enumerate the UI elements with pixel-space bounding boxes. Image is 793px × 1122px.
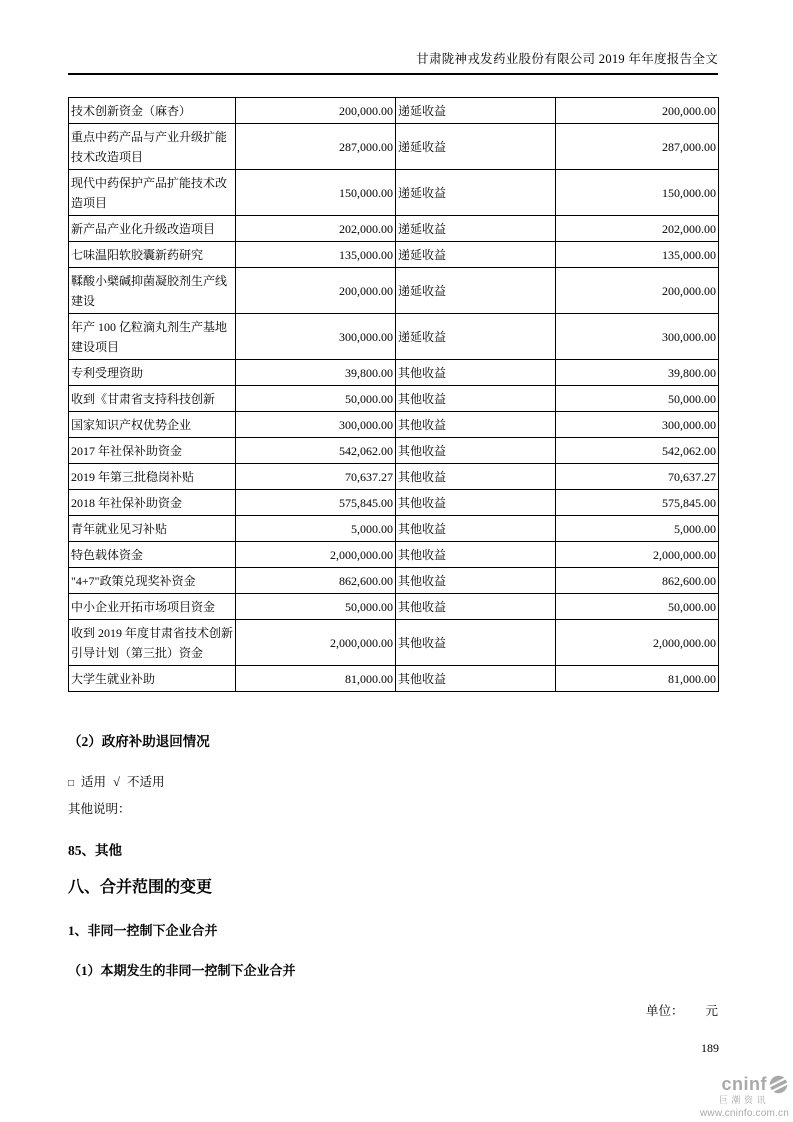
checkbox-icon: □ — [68, 778, 74, 789]
section-heading-other: 85、其他 — [68, 839, 122, 859]
table-row: 新产品产业化升级改造项目 202,000.00 递延收益 202,000.00 — [69, 216, 719, 242]
subsidy-item-cell: 收到 2019 年度甘肃省技术创新引导计划（第三批）资金 — [69, 620, 236, 666]
amount-in-profit-cell: 200,000.00 — [556, 98, 719, 124]
table-row: 专利受理资助 39,800.00 其他收益 39,800.00 — [69, 360, 719, 386]
amount-cell: 50,000.00 — [236, 594, 396, 620]
amount-in-profit-cell: 300,000.00 — [556, 412, 719, 438]
amount-cell: 287,000.00 — [236, 124, 396, 170]
category-cell: 递延收益 — [396, 124, 556, 170]
amount-cell: 200,000.00 — [236, 268, 396, 314]
amount-cell: 5,000.00 — [236, 516, 396, 542]
unit-value: 元 — [705, 1001, 718, 1019]
subsidy-item-cell: 技术创新资金（麻杏） — [69, 98, 236, 124]
subsidy-item-cell: 鞣酸小檗碱抑菌凝胶剂生产线建设 — [69, 268, 236, 314]
category-cell: 递延收益 — [396, 216, 556, 242]
amount-cell: 300,000.00 — [236, 314, 396, 360]
category-cell: 其他收益 — [396, 386, 556, 412]
applicable-label: 适用 — [81, 775, 106, 789]
report-page: 甘肃陇神戎发药业股份有限公司 2019 年年度报告全文 技术创新资金（麻杏） 2… — [0, 0, 793, 1122]
subsidy-item-cell: 国家知识产权优势企业 — [69, 412, 236, 438]
table-row: 青年就业见习补贴 5,000.00 其他收益 5,000.00 — [69, 516, 719, 542]
amount-cell: 150,000.00 — [236, 170, 396, 216]
category-cell: 其他收益 — [396, 594, 556, 620]
amount-in-profit-cell: 50,000.00 — [556, 386, 719, 412]
category-cell: 递延收益 — [396, 242, 556, 268]
unit-line: 单位： 元 — [646, 1001, 718, 1019]
category-cell: 其他收益 — [396, 438, 556, 464]
category-cell: 其他收益 — [396, 464, 556, 490]
subsidy-item-cell: 年产 100 亿粒滴丸剂生产基地建设项目 — [69, 314, 236, 360]
amount-in-profit-cell: 200,000.00 — [556, 268, 719, 314]
table-row: 七味温阳软胶囊新药研究 135,000.00 递延收益 135,000.00 — [69, 242, 719, 268]
amount-in-profit-cell: 39,800.00 — [556, 360, 719, 386]
amount-in-profit-cell: 135,000.00 — [556, 242, 719, 268]
category-cell: 其他收益 — [396, 666, 556, 692]
amount-in-profit-cell: 70,637.27 — [556, 464, 719, 490]
amount-in-profit-cell: 862,600.00 — [556, 568, 719, 594]
amount-cell: 862,600.00 — [236, 568, 396, 594]
subsidy-item-cell: 现代中药保护产品扩能技术改造项目 — [69, 170, 236, 216]
amount-cell: 50,000.00 — [236, 386, 396, 412]
check-icon: √ — [113, 775, 120, 789]
amount-cell: 135,000.00 — [236, 242, 396, 268]
subsidy-item-cell: 青年就业见习补贴 — [69, 516, 236, 542]
subsidy-item-cell: 特色载体资金 — [69, 542, 236, 568]
table-row: 2019 年第三批稳岗补贴 70,637.27 其他收益 70,637.27 — [69, 464, 719, 490]
amount-in-profit-cell: 81,000.00 — [556, 666, 719, 692]
table-row: 2018 年社保补助资金 575,845.00 其他收益 575,845.00 — [69, 490, 719, 516]
amount-cell: 202,000.00 — [236, 216, 396, 242]
category-cell: 递延收益 — [396, 268, 556, 314]
category-cell: 其他收益 — [396, 516, 556, 542]
amount-cell: 2,000,000.00 — [236, 542, 396, 568]
amount-cell: 542,062.00 — [236, 438, 396, 464]
cninfo-logo: cninf 巨潮资讯 www.cninfo.com.cn — [697, 1074, 789, 1119]
amount-in-profit-cell: 542,062.00 — [556, 438, 719, 464]
amount-in-profit-cell: 575,845.00 — [556, 490, 719, 516]
table-row: 2017 年社保补助资金 542,062.00 其他收益 542,062.00 — [69, 438, 719, 464]
applicability-line: □适用√不适用 — [68, 772, 171, 790]
category-cell: 其他收益 — [396, 490, 556, 516]
table-row: 收到《甘肃省支持科技创新 50,000.00 其他收益 50,000.00 — [69, 386, 719, 412]
amount-in-profit-cell: 300,000.00 — [556, 314, 719, 360]
subsidy-item-cell: 中小企业开拓市场项目资金 — [69, 594, 236, 620]
subsidy-item-cell: 2017 年社保补助资金 — [69, 438, 236, 464]
amount-in-profit-cell: 150,000.00 — [556, 170, 719, 216]
other-notes-label: 其他说明： — [68, 799, 131, 817]
subsidy-item-cell: 七味温阳软胶囊新药研究 — [69, 242, 236, 268]
table-row: 中小企业开拓市场项目资金 50,000.00 其他收益 50,000.00 — [69, 594, 719, 620]
table-row: 重点中药产品与产业升级扩能技术改造项目 287,000.00 递延收益 287,… — [69, 124, 719, 170]
table-row: 现代中药保护产品扩能技术改造项目 150,000.00 递延收益 150,000… — [69, 170, 719, 216]
section-heading-consolidation-scope: 八、合并范围的变更 — [68, 874, 212, 897]
amount-in-profit-cell: 2,000,000.00 — [556, 542, 719, 568]
amount-cell: 575,845.00 — [236, 490, 396, 516]
not-applicable-label: 不适用 — [127, 775, 165, 789]
category-cell: 递延收益 — [396, 170, 556, 216]
table-row: 鞣酸小檗碱抑菌凝胶剂生产线建设 200,000.00 递延收益 200,000.… — [69, 268, 719, 314]
category-cell: 其他收益 — [396, 542, 556, 568]
subsidy-item-cell: 专利受理资助 — [69, 360, 236, 386]
amount-cell: 200,000.00 — [236, 98, 396, 124]
amount-cell: 2,000,000.00 — [236, 620, 396, 666]
unit-label: 单位： — [646, 1001, 684, 1019]
section-heading-subsidy-return: （2）政府补助退回情况 — [68, 730, 210, 750]
subsidy-item-cell: 重点中药产品与产业升级扩能技术改造项目 — [69, 124, 236, 170]
category-cell: 其他收益 — [396, 620, 556, 666]
subsidy-item-cell: 新产品产业化升级改造项目 — [69, 216, 236, 242]
amount-cell: 81,000.00 — [236, 666, 396, 692]
amount-cell: 70,637.27 — [236, 464, 396, 490]
subsidy-item-cell: 收到《甘肃省支持科技创新 — [69, 386, 236, 412]
category-cell: 其他收益 — [396, 412, 556, 438]
amount-in-profit-cell: 2,000,000.00 — [556, 620, 719, 666]
page-header-title: 甘肃陇神戎发药业股份有限公司 2019 年年度报告全文 — [68, 49, 718, 75]
cninfo-url: www.cninfo.com.cn — [697, 1108, 789, 1119]
amount-in-profit-cell: 50,000.00 — [556, 594, 719, 620]
category-cell: 递延收益 — [396, 98, 556, 124]
table-row: 年产 100 亿粒滴丸剂生产基地建设项目 300,000.00 递延收益 300… — [69, 314, 719, 360]
table-row: 收到 2019 年度甘肃省技术创新引导计划（第三批）资金 2,000,000.0… — [69, 620, 719, 666]
cninfo-brand-text: cninf — [722, 1075, 768, 1095]
subsidy-item-cell: 大学生就业补助 — [69, 666, 236, 692]
table-row: 大学生就业补助 81,000.00 其他收益 81,000.00 — [69, 666, 719, 692]
table-row: 国家知识产权优势企业 300,000.00 其他收益 300,000.00 — [69, 412, 719, 438]
table-row: 技术创新资金（麻杏） 200,000.00 递延收益 200,000.00 — [69, 98, 719, 124]
government-subsidy-table: 技术创新资金（麻杏） 200,000.00 递延收益 200,000.00 重点… — [68, 97, 719, 692]
amount-cell: 300,000.00 — [236, 412, 396, 438]
category-cell: 其他收益 — [396, 360, 556, 386]
page-number: 189 — [701, 1041, 719, 1056]
subsidy-item-cell: "4+7"政策兑现奖补资金 — [69, 568, 236, 594]
table-row: "4+7"政策兑现奖补资金 862,600.00 其他收益 862,600.00 — [69, 568, 719, 594]
subsidy-item-cell: 2019 年第三批稳岗补贴 — [69, 464, 236, 490]
section-heading-business-combination: 1、非同一控制下企业合并 — [68, 920, 218, 939]
amount-in-profit-cell: 202,000.00 — [556, 216, 719, 242]
amount-in-profit-cell: 287,000.00 — [556, 124, 719, 170]
amount-in-profit-cell: 5,000.00 — [556, 516, 719, 542]
globe-swoosh-icon — [768, 1074, 789, 1095]
amount-cell: 39,800.00 — [236, 360, 396, 386]
category-cell: 其他收益 — [396, 568, 556, 594]
cninfo-logo-row: cninf — [697, 1074, 789, 1095]
category-cell: 递延收益 — [396, 314, 556, 360]
cninfo-chinese-name: 巨潮资讯 — [697, 1096, 769, 1106]
section-heading-current-period-combination: （1）本期发生的非同一控制下企业合并 — [68, 960, 296, 979]
subsidy-item-cell: 2018 年社保补助资金 — [69, 490, 236, 516]
table-row: 特色载体资金 2,000,000.00 其他收益 2,000,000.00 — [69, 542, 719, 568]
